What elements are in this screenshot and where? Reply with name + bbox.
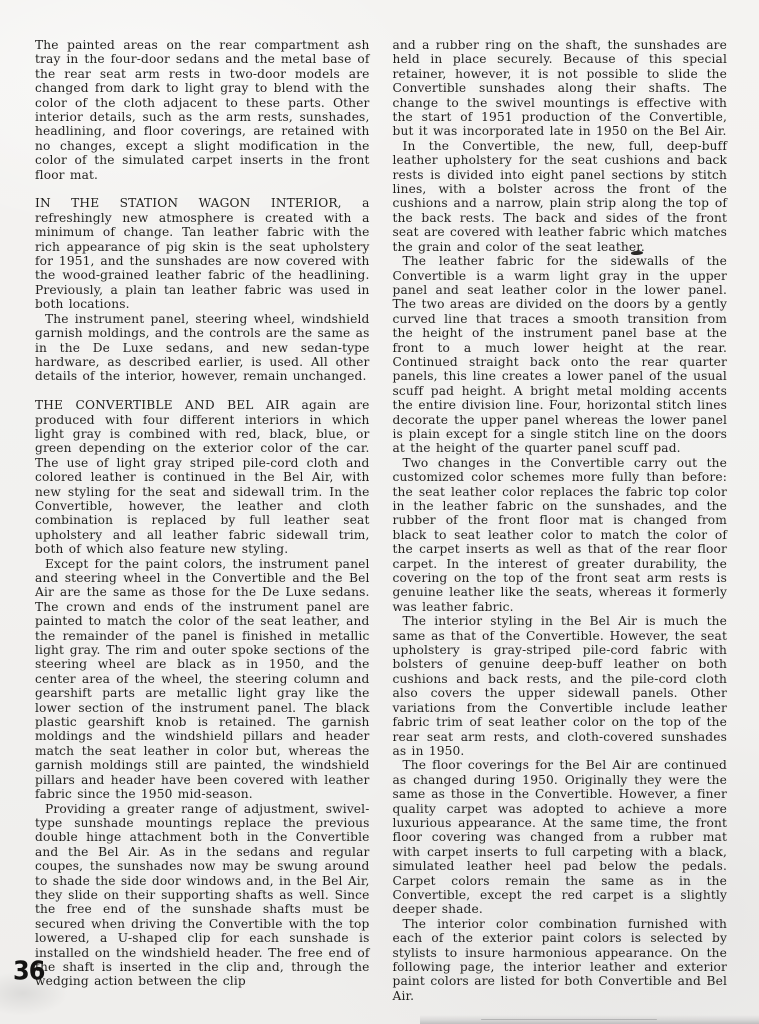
ink-smudge-artifact [631, 251, 643, 255]
paragraph-painted-areas: The painted areas on the rear compartmen… [35, 38, 370, 182]
document-page: The painted areas on the rear compartmen… [0, 0, 759, 1024]
paragraph-paint-colors: Except for the paint colors, the instrum… [35, 557, 370, 802]
paragraph-sunshade-mountings: Providing a greater range of adjustment,… [35, 802, 370, 989]
text-columns: The painted areas on the rear compartmen… [35, 38, 727, 1003]
paragraph-sidewall-leather-fabric: The leather fabric for the sidewalls of … [393, 254, 728, 456]
scan-shadow [420, 1015, 759, 1024]
left-column: The painted areas on the rear compartmen… [35, 38, 370, 1003]
paragraph-floor-coverings: The floor coverings for the Bel Air are … [393, 758, 728, 916]
page-number: 36 [13, 956, 44, 986]
right-column: and a rubber ring on the shaft, the suns… [393, 38, 728, 1003]
paragraph-station-wagon-interior: IN THE STATION WAGON INTERIOR, a refresh… [35, 196, 370, 311]
paragraph-instrument-panel: The instrument panel, steering wheel, wi… [35, 312, 370, 384]
paragraph-bel-air-styling: The interior styling in the Bel Air is m… [393, 614, 728, 758]
paragraph-interior-color-combination: The interior color combination furnished… [393, 917, 728, 1003]
paragraph-convertible-bel-air: THE CONVERTIBLE AND BEL AIR again are pr… [35, 398, 370, 556]
paragraph-deep-buff-upholstery: In the Convertible, the new, full, deep-… [393, 139, 728, 254]
paragraph-two-changes: Two changes in the Convertible carry out… [393, 456, 728, 614]
paragraph-rubber-ring: and a rubber ring on the shaft, the suns… [393, 38, 728, 139]
